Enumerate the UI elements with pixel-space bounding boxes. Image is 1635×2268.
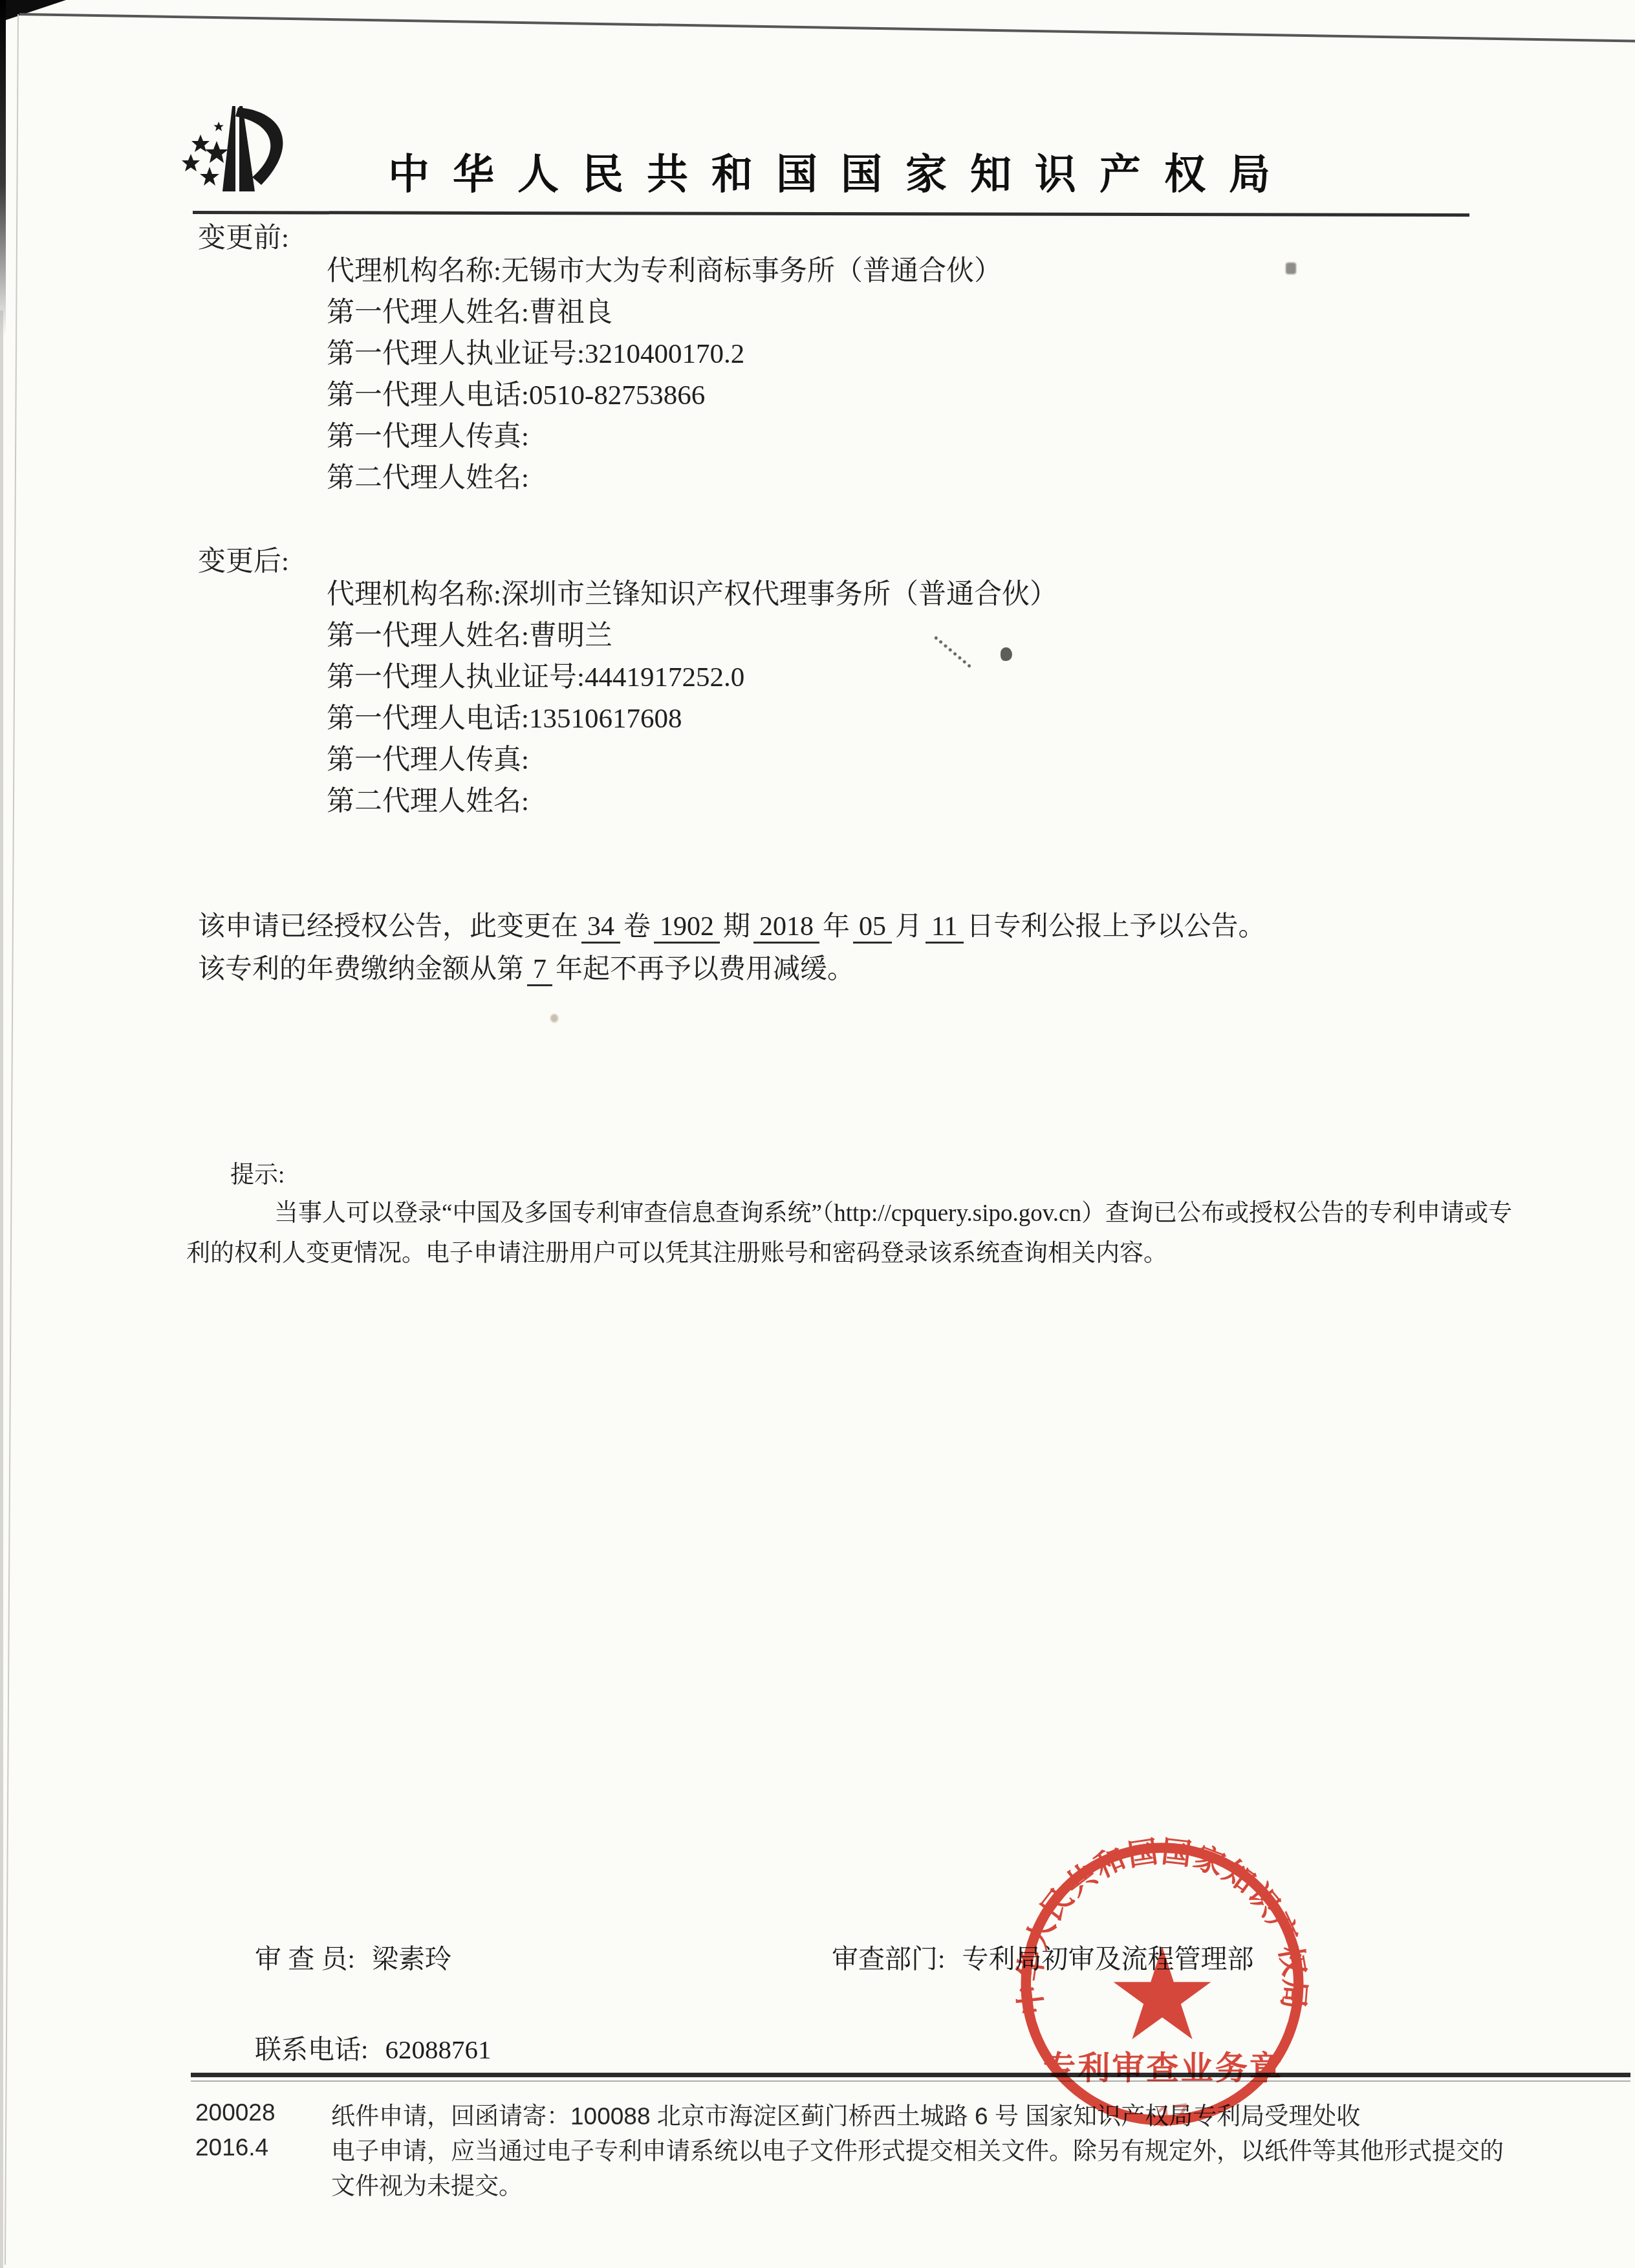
footer-efiling-line-cont: 文件视为未提交。 — [331, 2166, 523, 2201]
tip-paragraph-line: 利的权利人变更情况。电子申请注册用户可以凭其注册账号和密码登录该系统查询相关内容… — [186, 1233, 1167, 1268]
before-change-heading: 变更前: — [198, 216, 289, 255]
stamp-bottom-text: 专利审查业务章 — [1043, 2050, 1284, 2086]
list-item: 第一代理人电话:0510-82753866 — [327, 375, 1002, 416]
list-item: 第二代理人姓名: — [327, 781, 1057, 823]
field-value: 0510-82753866 — [529, 380, 705, 411]
list-item: 第一代理人姓名:曹祖良 — [327, 292, 1002, 334]
contact-phone-row: 联系电话:62088761 — [255, 2028, 491, 2066]
examiner-row: 审 查 员:梁素玲 — [255, 1938, 451, 1976]
footer-efiling-line: 电子申请，应当通过电子专利申请系统以电子文件形式提交相关文件。除另有规定外，以纸… — [331, 2132, 1504, 2166]
field-label: 第一代理人姓名: — [327, 297, 529, 328]
field-value: 无锡市大为专利商标事务所（普通合伙） — [501, 256, 1002, 286]
fee-start-year: 7 — [527, 955, 552, 986]
publication-notice: 该申请已经授权公告，此变更在34卷1902期2018年05月11日专利公报上予以… — [198, 905, 1266, 991]
field-label: 代理机构名称: — [327, 579, 501, 610]
paper-top-edge-line — [19, 13, 1635, 43]
scan-speck — [550, 1014, 558, 1022]
official-red-stamp: 中华人民共和国国家知识产权局 专利审查业务章 17 — [1012, 1834, 1312, 2134]
scanned-patent-notice-page: 中华人民共和国国家知识产权局 变更前: 代理机构名称:无锡市大为专利商标事务所（… — [0, 0, 1635, 2268]
department-label: 审查部门: — [832, 1944, 945, 1974]
cnipa-emblem-icon — [163, 94, 314, 237]
field-label: 第一代理人姓名: — [327, 621, 529, 651]
form-code: 200028 — [195, 2099, 275, 2126]
phone-label: 联系电话: — [255, 2035, 368, 2064]
examiner-label: 审 查 员: — [255, 1944, 355, 1974]
paper-edge-line — [5, 14, 19, 2265]
list-item: 第一代理人执业证号:4441917252.0 — [327, 657, 1057, 698]
gazette-month: 05 — [853, 912, 892, 944]
gazette-year: 2018 — [753, 912, 819, 944]
phone-value: 62088761 — [385, 2035, 491, 2064]
page-title: 中华人民共和国国家知识产权局 — [388, 141, 1294, 200]
field-label: 代理机构名称: — [327, 256, 501, 286]
list-item: 代理机构名称:深圳市兰锋知识产权代理事务所（普通合伙） — [327, 574, 1057, 616]
field-value: 深圳市兰锋知识产权代理事务所（普通合伙） — [501, 579, 1057, 610]
field-value: 3210400170.2 — [585, 339, 744, 369]
gazette-issue: 1902 — [654, 912, 720, 944]
scan-left-edge-shadow — [0, 0, 6, 336]
after-change-list: 代理机构名称:深圳市兰锋知识产权代理事务所（普通合伙） 第一代理人姓名:曹明兰 … — [327, 574, 1057, 823]
fee-text: 该专利的年费缴纳金额从第 — [198, 955, 524, 984]
list-item: 第一代理人传真: — [327, 416, 1002, 458]
field-label: 第一代理人执业证号: — [327, 662, 585, 693]
unit-label: 卷 — [623, 912, 651, 942]
field-label: 第一代理人电话: — [327, 704, 529, 734]
publication-text: 该申请已经授权公告，此变更在 — [198, 912, 578, 942]
unit-label: 期 — [723, 912, 750, 942]
header-divider — [193, 211, 1469, 217]
field-value: 13510617608 — [529, 704, 682, 734]
list-item: 第一代理人执业证号:3210400170.2 — [327, 334, 1002, 375]
footer-divider-thin — [191, 2080, 1630, 2082]
publication-line: 该申请已经授权公告，此变更在34卷1902期2018年05月11日专利公报上予以… — [198, 905, 1266, 948]
gazette-day: 11 — [926, 912, 963, 944]
list-item: 第二代理人姓名: — [327, 458, 1002, 499]
fee-reduction-line: 该专利的年费缴纳金额从第7年起不再予以费用减缓。 — [198, 948, 1266, 991]
field-value: 曹明兰 — [529, 621, 612, 651]
stamp-star-icon — [1114, 1947, 1211, 2039]
examiner-name: 梁素玲 — [372, 1944, 451, 1974]
list-item: 第一代理人传真: — [327, 740, 1057, 781]
field-label: 第二代理人姓名: — [327, 463, 529, 493]
field-label: 第一代理人电话: — [327, 380, 529, 411]
field-label: 第二代理人姓名: — [327, 786, 529, 817]
form-date: 2016.4 — [195, 2134, 268, 2161]
stamp-serial-number: 17 — [1155, 2098, 1191, 2133]
tip-heading: 提示: — [230, 1155, 285, 1190]
field-value: 曹祖良 — [529, 297, 612, 328]
field-label: 第一代理人传真: — [327, 422, 529, 452]
list-item: 第一代理人电话:13510617608 — [327, 698, 1057, 740]
scan-speck — [1286, 263, 1296, 274]
scan-left-edge-line — [0, 310, 3, 2268]
before-change-list: 代理机构名称:无锡市大为专利商标事务所（普通合伙） 第一代理人姓名:曹祖良 第一… — [327, 251, 1002, 499]
footer-divider — [191, 2073, 1630, 2077]
gazette-volume: 34 — [581, 912, 620, 944]
field-label: 第一代理人传真: — [327, 745, 529, 775]
scan-corner-artifact — [0, 0, 66, 22]
list-item: 第一代理人姓名:曹明兰 — [327, 616, 1057, 657]
publication-text: 日专利公报上予以公告。 — [967, 912, 1266, 942]
list-item: 代理机构名称:无锡市大为专利商标事务所（普通合伙） — [327, 251, 1002, 292]
unit-label: 月 — [895, 912, 922, 942]
tip-paragraph-line: 当事人可以登录“中国及多国专利审查信息查询系统”（http://cpquery.… — [274, 1193, 1512, 1228]
field-value: 4441917252.0 — [585, 662, 744, 693]
fee-text: 年起不再予以费用减缓。 — [556, 955, 854, 984]
field-label: 第一代理人执业证号: — [327, 339, 585, 369]
after-change-heading: 变更后: — [198, 539, 289, 579]
unit-label: 年 — [823, 912, 850, 942]
